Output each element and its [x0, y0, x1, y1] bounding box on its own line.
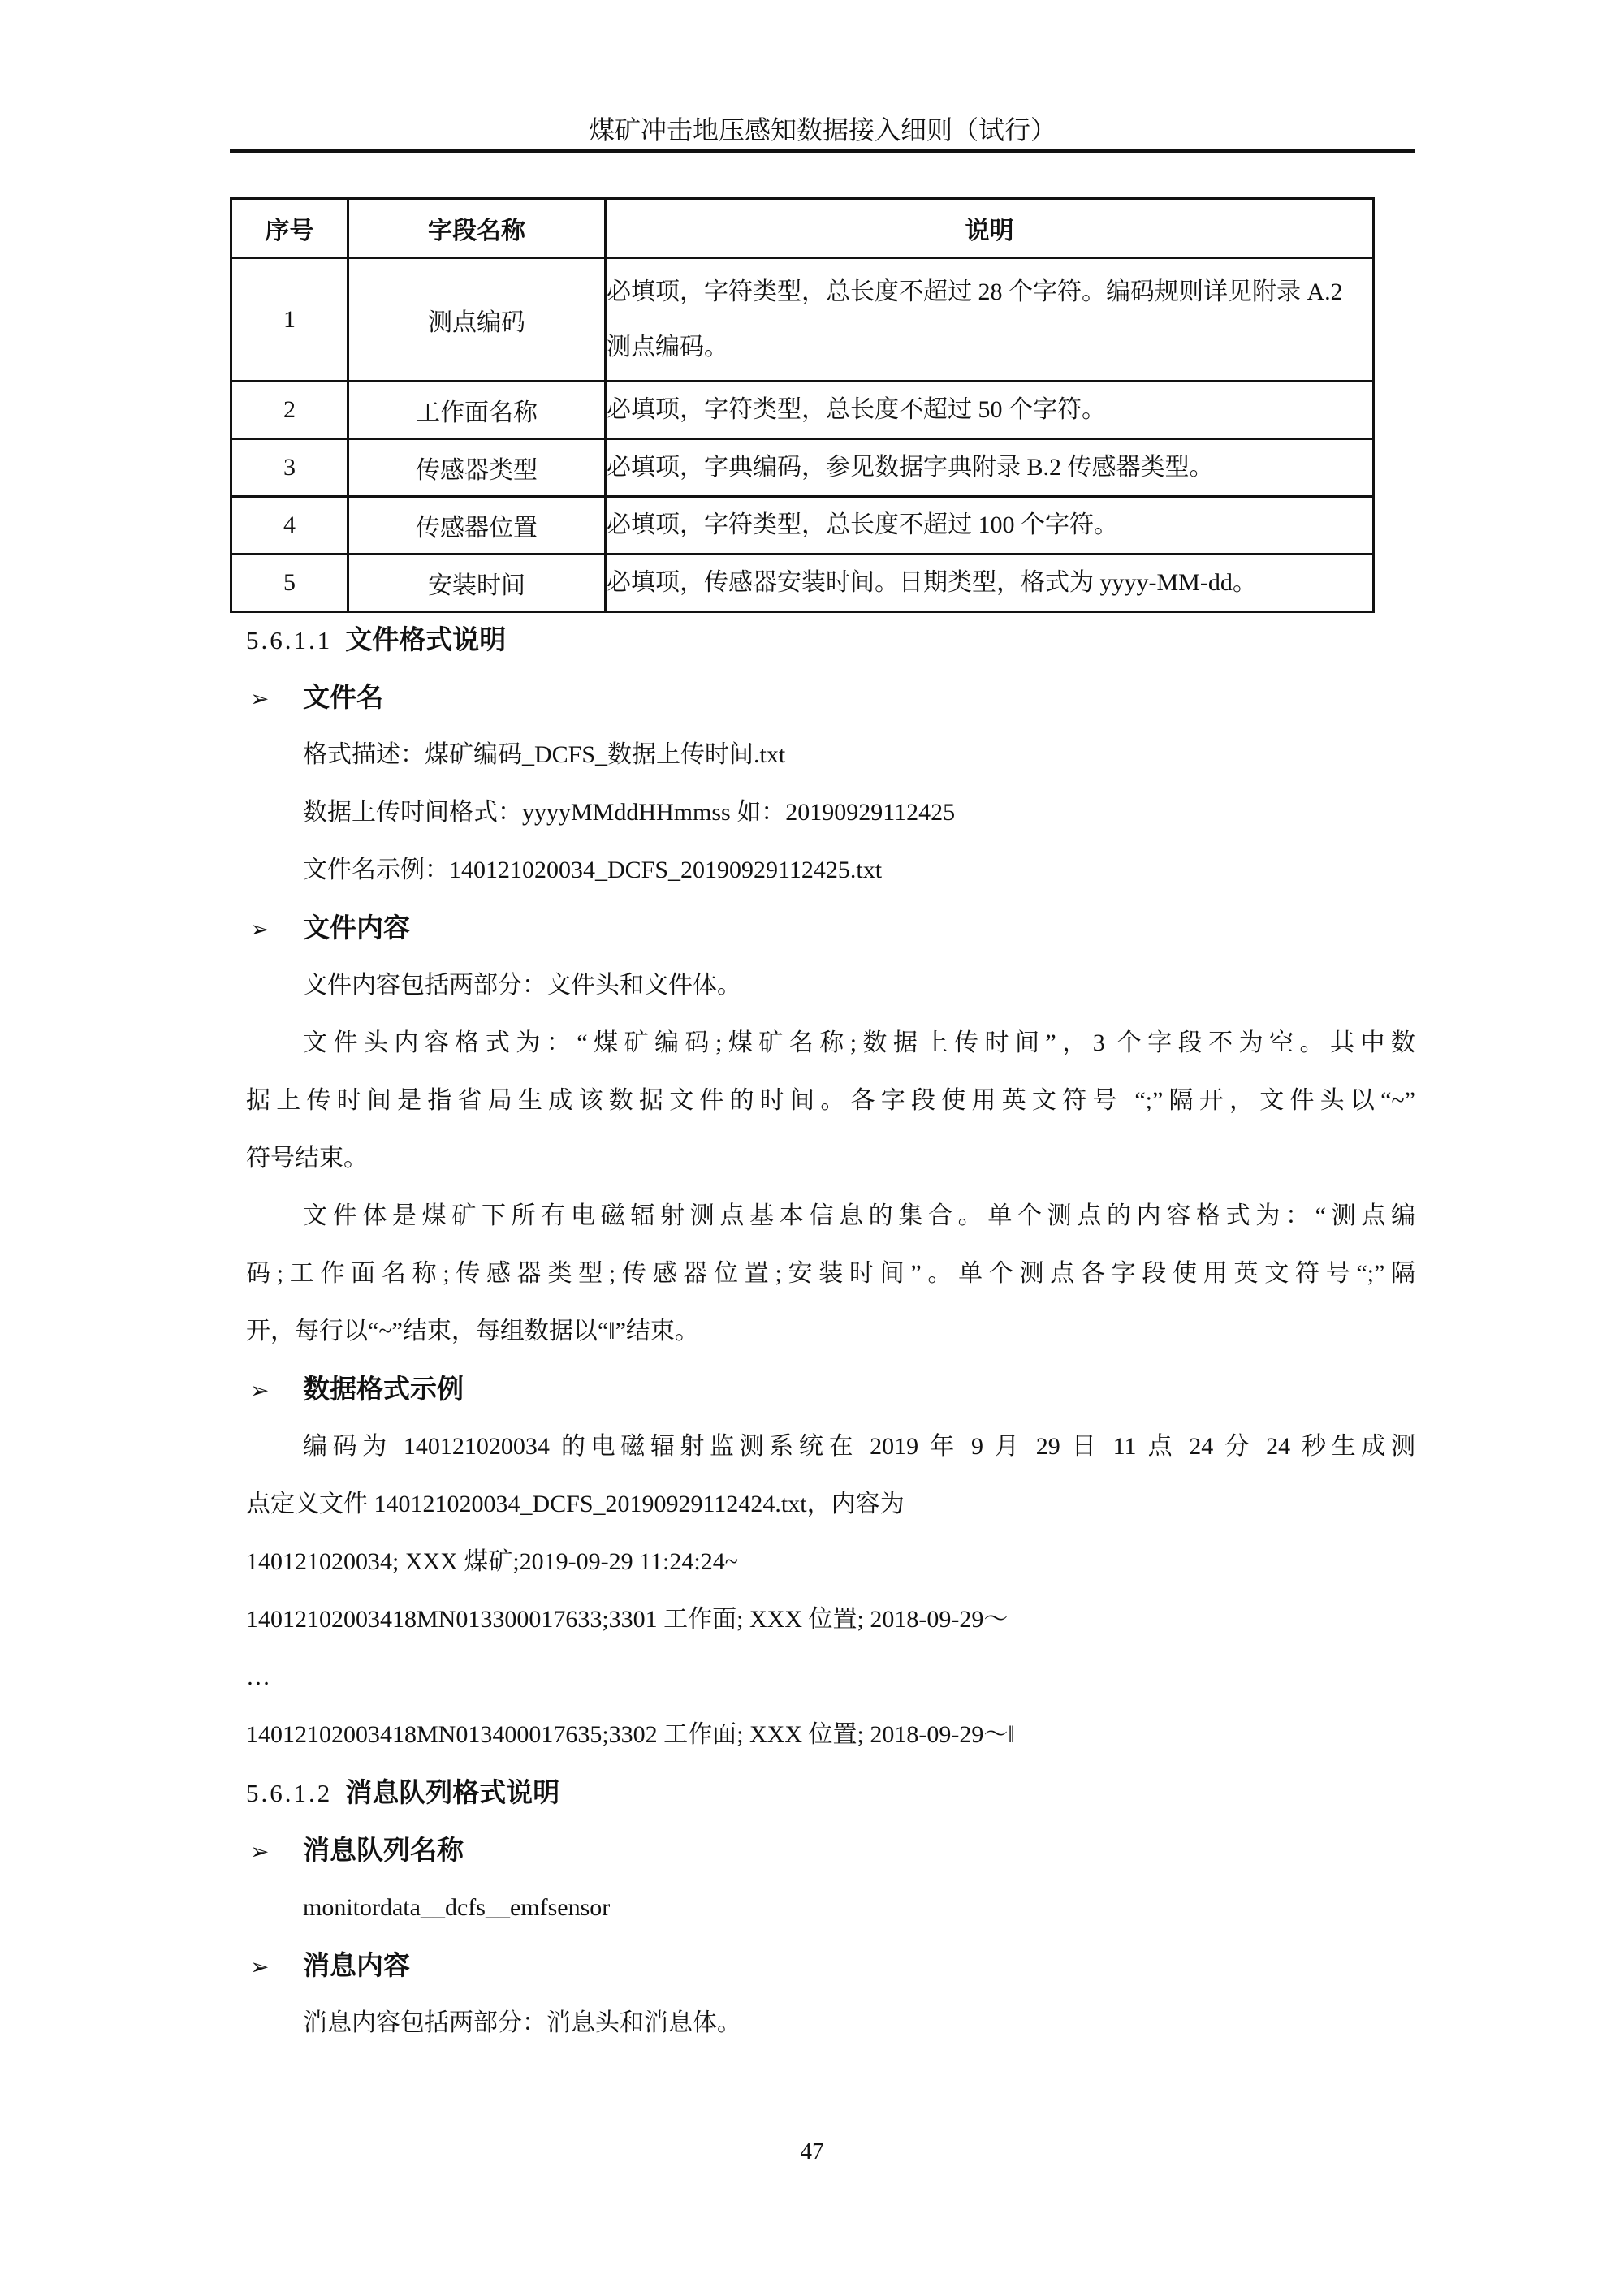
row-seq: 1: [231, 258, 348, 382]
doc-header-rule: [230, 149, 1415, 153]
body-line: 消息内容包括两部分：消息头和消息体。: [246, 2005, 1415, 2042]
row-seq: 5: [231, 555, 348, 612]
table-row: 2 工作面名称 必填项，字符类型，总长度不超过 50 个字符。: [231, 382, 1374, 439]
body-line: 据上传时间是指省局生成该数据文件的时间。各字段使用英文符号 “;”隔开，文件头以…: [246, 1082, 1415, 1120]
fields-table: 序号 字段名称 说明 1 测点编码 必填项，字符类型，总长度不超过 28 个字符…: [230, 197, 1375, 613]
description-line: 必填项，字符类型，总长度不超过 28 个字符。编码规则详见附录 A.2: [607, 265, 1372, 320]
arrow-bullet-icon: ➢: [250, 1833, 303, 1871]
section-heading-message-queue: 5.6.1.2消息队列格式说明: [246, 1774, 1415, 1811]
body-line: 文件名示例：140121020034_DCFS_20190929112425.t…: [246, 852, 1415, 889]
bullet-heading-message-content: ➢消息内容: [246, 1947, 1415, 1984]
table-row: 5 安装时间 必填项，传感器安装时间。日期类型，格式为 yyyy-MM-dd。: [231, 555, 1374, 612]
row-field-name: 工作面名称: [348, 382, 606, 439]
table-row: 1 测点编码 必填项，字符类型，总长度不超过 28 个字符。编码规则详见附录 A…: [231, 258, 1374, 382]
row-seq: 2: [231, 382, 348, 439]
arrow-bullet-icon: ➢: [250, 1372, 303, 1409]
body-line: 码;工作面名称;传感器类型;传感器位置;安装时间”。单个测点各字段使用英文符号“…: [246, 1255, 1415, 1293]
row-description: 必填项，传感器安装时间。日期类型，格式为 yyyy-MM-dd。: [606, 555, 1374, 612]
row-seq: 4: [231, 497, 348, 555]
body-line: 数据上传时间格式：yyyyMMddHHmmss 如：20190929112425: [246, 794, 1415, 831]
bullet-heading-title: 消息队列名称: [303, 1835, 464, 1865]
row-description: 必填项，字符类型，总长度不超过 28 个字符。编码规则详见附录 A.2 测点编码…: [606, 258, 1374, 382]
body-line: 开，每行以“~”结束，每组数据以“‖”结束。: [246, 1313, 1415, 1350]
row-field-name: 测点编码: [348, 258, 606, 382]
bullet-heading-title: 数据格式示例: [303, 1374, 464, 1404]
row-seq: 3: [231, 439, 348, 497]
row-field-name: 安装时间: [348, 555, 606, 612]
table-header-field-name: 字段名称: [348, 199, 606, 258]
queue-name-value: monitordata__dcfs__emfsensor: [246, 1889, 1415, 1927]
document-page: 煤矿冲击地压感知数据接入细则（试行） 序号 字段名称 说明 1 测点编码 必填项…: [0, 0, 1624, 2296]
section-title: 文件格式说明: [345, 624, 506, 654]
body-line: 文件头内容格式为：“煤矿编码;煤矿名称;数据上传时间”，3 个字段不为空。其中数: [246, 1025, 1415, 1062]
section-title: 消息队列格式说明: [345, 1777, 559, 1807]
row-description: 必填项，字符类型，总长度不超过 50 个字符。: [606, 382, 1374, 439]
body-line: 格式描述：煤矿编码_DCFS_数据上传时间.txt: [246, 736, 1415, 774]
doc-header-title: 煤矿冲击地压感知数据接入细则（试行）: [230, 109, 1415, 151]
row-field-name: 传感器位置: [348, 497, 606, 555]
body-line: 文件内容包括两部分：文件头和文件体。: [246, 967, 1415, 1004]
body-line: 文件体是煤矿下所有电磁辐射测点基本信息的集合。单个测点的内容格式为：“测点编: [246, 1198, 1415, 1235]
row-description: 必填项，字典编码，参见数据字典附录 B.2 传感器类型。: [606, 439, 1374, 497]
code-line: 14012102003418MN013300017633;3301 工作面; X…: [246, 1601, 1415, 1638]
section-number: 5.6.1.2: [246, 1779, 332, 1807]
section-number: 5.6.1.1: [246, 626, 332, 654]
bullet-heading-title: 文件名: [303, 682, 383, 712]
arrow-bullet-icon: ➢: [250, 680, 303, 718]
table-row: 3 传感器类型 必填项，字典编码，参见数据字典附录 B.2 传感器类型。: [231, 439, 1374, 497]
arrow-bullet-icon: ➢: [250, 911, 303, 948]
section-heading-file-format: 5.6.1.1文件格式说明: [246, 621, 1415, 658]
code-line: 140121020034; XXX 煤矿;2019-09-29 11:24:24…: [246, 1543, 1415, 1581]
table-row: 4 传感器位置 必填项，字符类型，总长度不超过 100 个字符。: [231, 497, 1374, 555]
code-line: …: [246, 1659, 1415, 1696]
body-line: 编码为 140121020034 的电磁辐射监测系统在 2019 年 9 月 2…: [246, 1428, 1415, 1465]
table-header-description: 说明: [606, 199, 1374, 258]
row-description: 必填项，字符类型，总长度不超过 100 个字符。: [606, 497, 1374, 555]
bullet-heading-file-content: ➢文件内容: [246, 909, 1415, 947]
bullet-heading-file-name: ➢文件名: [246, 679, 1415, 716]
bullet-heading-data-example: ➢数据格式示例: [246, 1370, 1415, 1408]
page-number: 47: [0, 2133, 1624, 2170]
body-line: 点定义文件 140121020034_DCFS_20190929112424.t…: [246, 1486, 1415, 1523]
table-header-row: 序号 字段名称 说明: [231, 199, 1374, 258]
bullet-heading-queue-name: ➢消息队列名称: [246, 1832, 1415, 1869]
table-header-seq: 序号: [231, 199, 348, 258]
body-line: 符号结束。: [246, 1140, 1415, 1177]
code-line: 14012102003418MN013400017635;3302 工作面; X…: [246, 1716, 1415, 1754]
bullet-heading-title: 消息内容: [303, 1950, 410, 1980]
row-field-name: 传感器类型: [348, 439, 606, 497]
bullet-heading-title: 文件内容: [303, 913, 410, 943]
arrow-bullet-icon: ➢: [250, 1949, 303, 1986]
description-line: 测点编码。: [607, 320, 1372, 375]
